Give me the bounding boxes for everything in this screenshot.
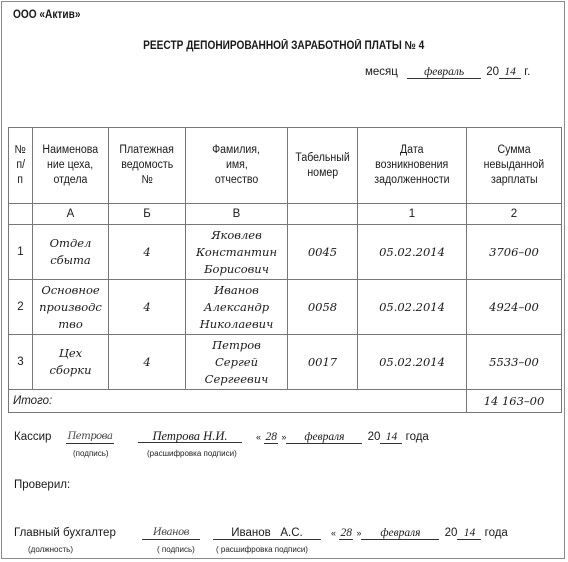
checked-label: Проверил:: [14, 479, 70, 491]
header-line: Сумма: [497, 143, 530, 158]
full-name-cell-line: Николаевич: [200, 317, 273, 331]
amount-cell: 5533–00: [467, 335, 562, 390]
full-name-cell-line: Сергей: [215, 355, 258, 369]
column-codes-row: АБВ12: [9, 204, 562, 225]
department-cell-line: Основное: [41, 283, 99, 297]
column-code: А: [33, 204, 109, 225]
amount-cell: 3706–00: [467, 225, 562, 280]
chief-accountant-signature-text: Иванов: [142, 527, 200, 540]
header-line: Платежная: [120, 143, 174, 158]
column-code: 2: [467, 204, 562, 225]
full-name-cell: ЯковлевКонстантинБорисович: [186, 225, 288, 280]
organization-name: ООО «Актив»: [13, 9, 80, 21]
chief-accountant-date: « 28 »февраля 2014 года: [331, 527, 508, 540]
header-line: отчество: [215, 173, 258, 188]
payroll-cell: 4: [109, 225, 186, 280]
cashier-role: Кассир: [14, 431, 51, 443]
department-cell-line: Отдел: [50, 236, 92, 250]
chief-accountant-signature: Иванов: [142, 526, 200, 540]
department-cell: Отделсбыта: [33, 225, 109, 280]
cashier-year-suffix: года: [406, 431, 429, 443]
tab-number-cell: 0017: [288, 335, 358, 390]
payroll-cell: 4: [109, 280, 186, 335]
year-suffix: г.: [524, 66, 530, 78]
column-code: [9, 204, 33, 225]
cashier-decoded-caption: (расшифровка подписи): [147, 449, 237, 458]
full-name-cell-line: Константин: [196, 245, 277, 259]
header-col-number: №п/п: [9, 128, 33, 204]
month-label: месяц: [365, 66, 398, 78]
cashier-year-prefix: 20: [368, 431, 381, 443]
month-value: февраль: [407, 66, 481, 79]
header-row: №п/пНаименование цеха,отделаПлатежнаявед…: [9, 128, 562, 204]
full-name-cell-line: Петров: [212, 338, 261, 352]
header-col-amount: Сумманевыданнойзарплаты: [467, 128, 562, 204]
header-line: невыданной: [484, 158, 544, 173]
header-line: возникновения: [375, 158, 448, 173]
header-line: п/: [16, 158, 25, 173]
tab-number-cell: 0045: [288, 225, 358, 280]
quote-open: «: [256, 432, 261, 442]
debt-date-cell: 05.02.2014: [358, 280, 467, 335]
header-line: п: [18, 173, 24, 188]
total-label: Итого:: [9, 390, 467, 413]
header-col-debt-date: Датавозникновениязадолженности: [358, 128, 467, 204]
cashier-signature-text: Петрова: [66, 431, 114, 444]
payroll-cell: 4: [109, 335, 186, 390]
document-title-text: РЕЕСТР ДЕПОНИРОВАННОЙ ЗАРАБОТНОЙ ПЛАТЫ №…: [143, 40, 424, 52]
header-col-full-name: Фамилия,имя,отчество: [186, 128, 288, 204]
row-number: 1: [9, 225, 33, 280]
debt-date-cell: 05.02.2014: [358, 335, 467, 390]
column-code: Б: [109, 204, 186, 225]
header-line: ние цеха,: [47, 158, 93, 173]
chief-accountant-day: 28: [339, 527, 353, 540]
full-name-cell-line: Борисович: [204, 262, 269, 276]
quote-open: «: [331, 528, 336, 538]
chief-accountant-role: Главный бухгалтер: [14, 527, 116, 539]
department-cell: Цехсборки: [33, 335, 109, 390]
header-line: задолженности: [374, 173, 449, 188]
header-line: Табельный: [295, 151, 349, 166]
cashier-signature: Петрова: [66, 430, 114, 444]
chief-accountant-decoded-caption: ( расшифровка подписи): [216, 545, 308, 554]
cashier-decoded-text: Петрова Н.И.: [138, 430, 242, 443]
header-line: №: [15, 143, 26, 158]
column-code: [288, 204, 358, 225]
amount-cell: 4924–00: [467, 280, 562, 335]
table-row: 2Основноепроизводство4ИвановАлександрНик…: [9, 280, 562, 335]
chief-accountant-year: 14: [457, 527, 481, 540]
header-line: Наименова: [43, 143, 99, 158]
full-name-cell: ИвановАлександрНиколаевич: [186, 280, 288, 335]
column-code: В: [186, 204, 288, 225]
header-line: зарплаты: [491, 173, 538, 188]
header-line: Дата: [400, 143, 423, 158]
row-number: 2: [9, 280, 33, 335]
cashier-date: « 28 »февраля 2014 года: [256, 431, 429, 444]
total-value: 14 163–00: [467, 390, 562, 413]
header-line: имя,: [226, 158, 248, 173]
chief-accountant-role-caption: (должность): [28, 545, 73, 554]
full-name-cell-line: Александр: [204, 300, 269, 314]
department-cell-line: тво: [58, 317, 83, 331]
table-row: 3Цехсборки4ПетровСергейСергеевич001705.0…: [9, 335, 562, 390]
department-cell-line: сбыта: [50, 253, 91, 267]
department-cell-line: производс: [39, 300, 102, 314]
header-line: Фамилия,: [213, 143, 261, 158]
tab-number-cell: 0058: [288, 280, 358, 335]
period-line: месяц февраль 2014 г.: [365, 66, 530, 79]
header-line: номер: [307, 166, 338, 181]
row-number: 3: [9, 335, 33, 390]
chief-accountant-year-suffix: года: [485, 527, 508, 539]
chief-accountant-year-prefix: 20: [445, 527, 458, 539]
chief-accountant-decoded-text: Иванов А.С.: [213, 527, 321, 540]
header-col-tab-number: Табельныйномер: [288, 128, 358, 204]
cashier-signature-caption: (подпись): [73, 449, 109, 458]
register-table: №п/пНаименование цеха,отделаПлатежнаявед…: [8, 127, 562, 413]
cashier-decoded: Петрова Н.И.: [138, 430, 242, 443]
chief-accountant-decoded: Иванов А.С.: [213, 527, 321, 540]
department-cell-line: сборки: [49, 363, 91, 377]
cashier-year: 14: [380, 431, 402, 444]
table-row: 1Отделсбыта4ЯковлевКонстантинБорисович00…: [9, 225, 562, 280]
header-line: №: [141, 173, 152, 188]
header-line: ведомость: [121, 158, 173, 173]
department-cell-line: Цех: [59, 346, 82, 360]
chief-accountant-signature-caption: ( подпись): [157, 545, 195, 554]
year-value: 14: [499, 66, 521, 79]
year-prefix: 20: [486, 66, 499, 78]
document-title: РЕЕСТР ДЕПОНИРОВАННОЙ ЗАРАБОТНОЙ ПЛАТЫ №…: [0, 40, 568, 52]
cashier-month: февраля: [286, 431, 362, 444]
debt-date-cell: 05.02.2014: [358, 225, 467, 280]
chief-accountant-month: февраля: [361, 527, 439, 540]
header-col-department: Наименование цеха,отдела: [33, 128, 109, 204]
column-code: 1: [358, 204, 467, 225]
total-row: Итого:14 163–00: [9, 390, 562, 413]
department-cell: Основноепроизводство: [33, 280, 109, 335]
full-name-cell-line: Сергеевич: [205, 372, 269, 386]
full-name-cell-line: Яковлев: [211, 228, 262, 242]
cashier-day: 28: [264, 431, 278, 444]
header-col-payroll: Платежнаяведомость№: [109, 128, 186, 204]
header-line: отдела: [54, 173, 88, 188]
full-name-cell-line: Иванов: [214, 283, 259, 297]
full-name-cell: ПетровСергейСергеевич: [186, 335, 288, 390]
